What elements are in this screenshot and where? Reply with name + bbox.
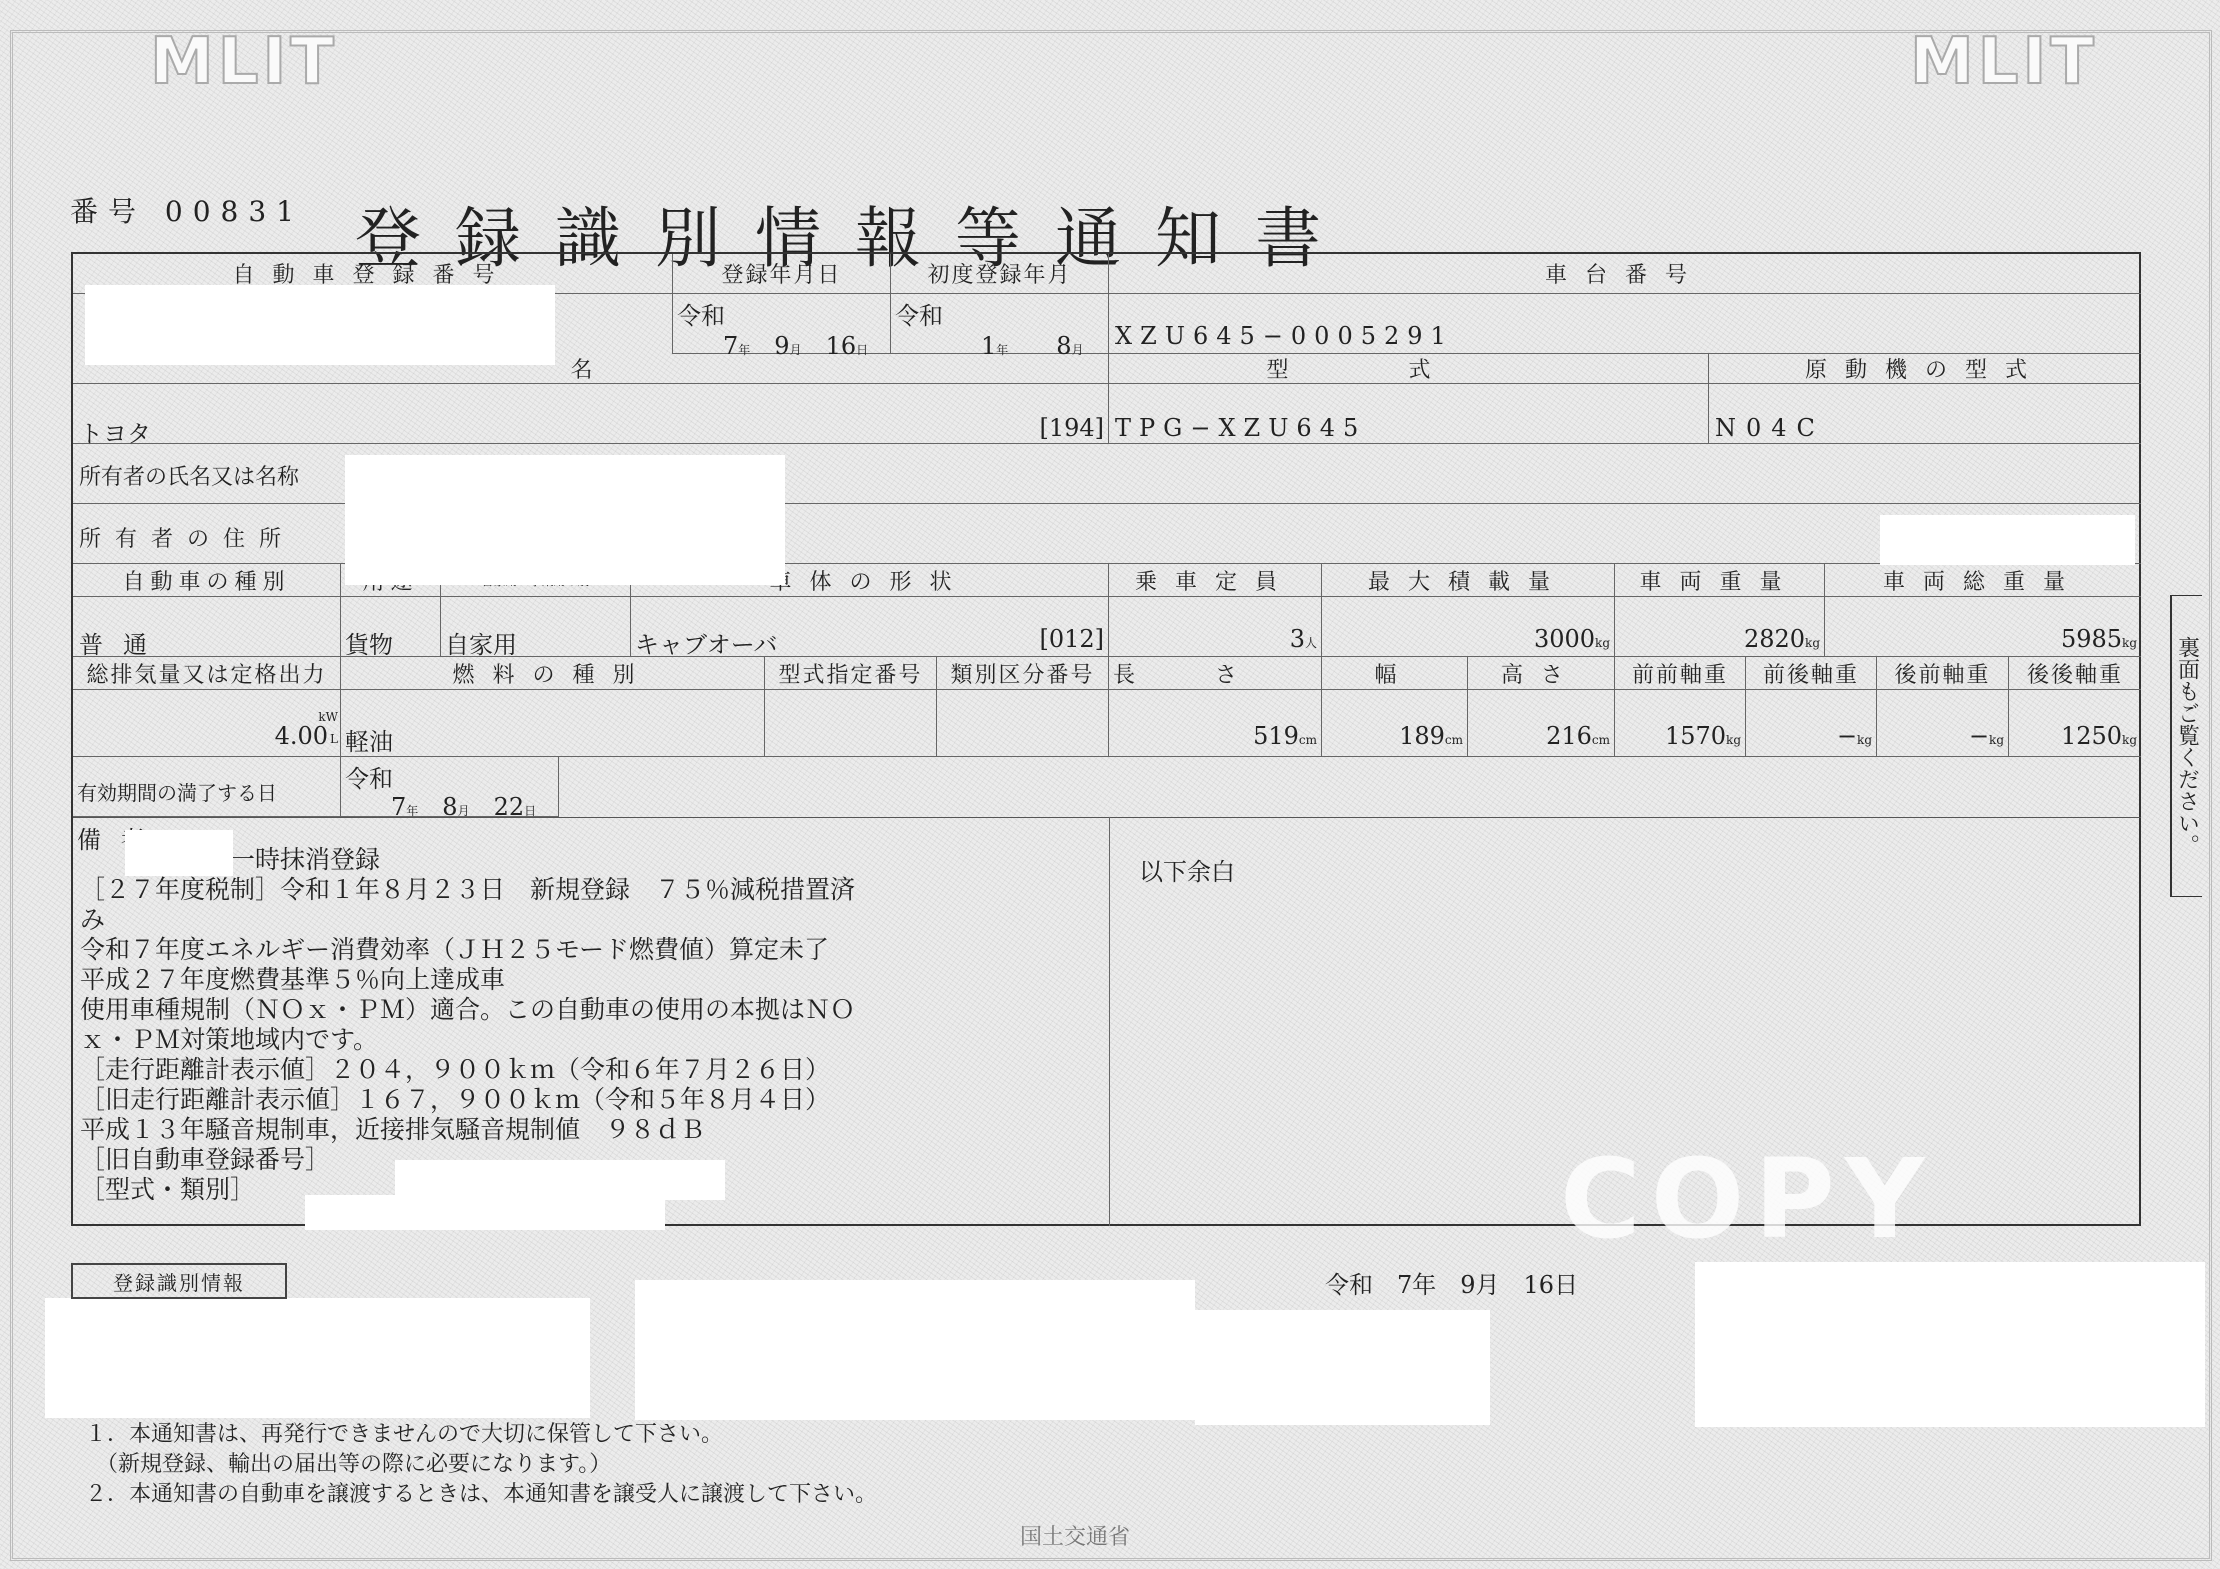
serial-number: 番号 00831 xyxy=(70,190,304,230)
expiry-date-cell: 令和 7年 8月 22日 xyxy=(341,757,559,817)
mlit-logo-right: MLIT xyxy=(1910,25,2098,99)
header-rf-axle: 後前軸重 xyxy=(1877,657,2009,690)
header-max-load: 最大積載量 xyxy=(1322,564,1615,597)
header-height: 高さ xyxy=(1468,657,1615,690)
height-cell: 216cm xyxy=(1468,690,1615,757)
note-2: ２．本通知書の自動車を譲渡するときは、本通知書を譲受人に譲渡して下さい。 xyxy=(85,1480,877,1510)
header-type-designation: 型式指定番号 xyxy=(765,657,937,690)
remark-line: 平成１３年騒音規制車，近接排気騒音規制値 ９８ｄＢ xyxy=(80,1115,855,1145)
model-value: TPG−XZU645 xyxy=(1115,414,1366,442)
header-width: 幅 xyxy=(1322,657,1468,690)
issue-date: 令和 7年 9月 16日 xyxy=(1325,1265,1578,1300)
notes: １．本通知書は、再発行できませんので大切に保管して下さい。 （新規登録、輸出の届… xyxy=(85,1420,877,1510)
rf-axle-cell: −kg xyxy=(1877,690,2009,757)
header-engine: 原動機の型式 xyxy=(1709,354,2141,384)
gross-weight-value: 5985kg xyxy=(2061,625,2137,653)
vehicle-type-cell: 普通 xyxy=(73,597,341,657)
redacted-reg-number xyxy=(85,285,555,365)
body-code: [012] xyxy=(1039,625,1104,653)
rf-axle-value: −kg xyxy=(1969,722,2004,750)
displacement-cell: 4.00 kW L xyxy=(73,690,341,757)
see-reverse-tab: 裏面もご覧ください。 xyxy=(2170,595,2202,897)
header-ff-axle: 前前軸重 xyxy=(1615,657,1746,690)
header-fuel: 燃料の種別 xyxy=(341,657,765,690)
redacted-reg-info-2 xyxy=(635,1280,1195,1420)
displacement-value: 4.00 xyxy=(275,722,328,750)
remark-line: ［走行距離計表示値］２０４，９００ｋｍ（令和６年７月２６日） xyxy=(80,1055,855,1085)
ff-axle-cell: 1570kg xyxy=(1615,690,1746,757)
remark-line: ［旧走行距離計表示値］１６７，９００ｋｍ（令和５年８月４日） xyxy=(80,1085,855,1115)
remark-line: 平成２７年度燃費基準５％向上達成車 xyxy=(80,965,855,995)
first-reg-cell: 令和 1年 8月 xyxy=(891,294,1109,354)
name-cell: トヨタ [194] xyxy=(73,384,1109,444)
capacity-cell: 3人 xyxy=(1109,597,1322,657)
rr-axle-cell: 1250kg xyxy=(2009,690,2141,757)
vehicle-weight-value: 2820kg xyxy=(1744,625,1820,653)
header-chassis: 車台番号 xyxy=(1109,254,2141,294)
header-fr-axle: 前後軸重 xyxy=(1746,657,1877,690)
model-cell: TPG−XZU645 xyxy=(1109,384,1709,444)
private-cell: 自家用 xyxy=(441,597,631,657)
ff-axle-value: 1570kg xyxy=(1665,722,1741,750)
header-vehicle-type: 自動車の種別 xyxy=(73,564,341,597)
remarks-body: ，一時抹消登録［２７年度税制］令和１年８月２３日 新規登録 ７５％減税措置済み令… xyxy=(80,845,855,1205)
body-cell: キャブオーバ [012] xyxy=(631,597,1109,657)
header-displacement: 総排気量又は定格出力 xyxy=(73,657,341,690)
remark-line: ［２７年度税制］令和１年８月２３日 新規登録 ７５％減税措置済 xyxy=(80,875,855,905)
gross-cell: 5985kg xyxy=(1825,597,2141,657)
header-class-number: 類別区分番号 xyxy=(937,657,1109,690)
expiry-label-cell: 有効期間の満了する日 xyxy=(73,757,341,817)
type-designation-cell xyxy=(765,690,937,757)
note-1: １．本通知書は、再発行できませんので大切に保管して下さい。 xyxy=(85,1420,877,1450)
remarks-right-text: 以下余白 xyxy=(1139,852,1235,887)
remark-line: み xyxy=(80,905,855,935)
header-vehicle-weight: 車両重量 xyxy=(1615,564,1825,597)
chassis-cell: XZU645−0005291 xyxy=(1109,294,2141,354)
redacted-address xyxy=(1880,515,2135,565)
weight-cell: 2820kg xyxy=(1615,597,1825,657)
max-load-cell: 3000kg xyxy=(1322,597,1615,657)
remark-line: 令和７年度エネルギー消費効率（ＪＨ２５モード燃費値）算定未了 xyxy=(80,935,855,965)
redacted-reg-info-4 xyxy=(1695,1262,2205,1427)
owner-address-label: 所有者の住所 xyxy=(79,522,295,553)
remark-line: 使用車種規制（ＮＯｘ・ＰＭ）適合。この自動車の使用の本拠はＮＯ xyxy=(80,995,855,1025)
serial-label: 番号 xyxy=(70,195,146,228)
engine-cell: N04C xyxy=(1709,384,2141,444)
note-1b: （新規登録、輸出の届出等の際に必要になります。） xyxy=(85,1450,877,1480)
height-value: 216cm xyxy=(1546,722,1610,750)
length-cell: 519cm xyxy=(1109,690,1322,757)
header-length: 長さ xyxy=(1109,657,1322,690)
header-model: 型式 xyxy=(1109,354,1709,384)
fuel-value: 軽油 xyxy=(345,722,393,757)
length-value: 519cm xyxy=(1253,722,1317,750)
header-reg-date: 登録年月日 xyxy=(673,254,891,294)
chassis-number: XZU645−0005291 xyxy=(1115,322,1454,350)
header-rr-axle: 後後軸重 xyxy=(2009,657,2141,690)
header-first-reg: 初度登録年月 xyxy=(891,254,1109,294)
name-code: [194] xyxy=(1039,414,1104,442)
engine-model: N04C xyxy=(1715,414,1825,442)
use-cell: 貨物 xyxy=(341,597,441,657)
redacted-reg-info-1 xyxy=(45,1298,590,1418)
private-value: 自家用 xyxy=(445,625,517,660)
owner-name-label: 所有者の氏名又は名称 xyxy=(79,460,299,491)
fuel-cell: 軽油 xyxy=(341,690,765,757)
remarks-column-divider xyxy=(1109,817,1110,1226)
fr-axle-value: −kg xyxy=(1837,722,1872,750)
ministry-seal: 国土交通省 xyxy=(1020,1520,1130,1551)
max-load-value: 3000kg xyxy=(1534,625,1610,653)
serial-value: 00831 xyxy=(165,195,304,228)
mlit-logo-left: MLIT xyxy=(150,25,338,99)
reg-info-label: 登録識別情報 xyxy=(71,1263,287,1299)
rr-axle-value: 1250kg xyxy=(2061,722,2137,750)
width-cell: 189cm xyxy=(1322,690,1468,757)
use-value: 貨物 xyxy=(345,625,393,660)
fr-axle-cell: −kg xyxy=(1746,690,1877,757)
copy-watermark: COPY xyxy=(1560,1135,1935,1263)
class-number-cell xyxy=(937,690,1109,757)
capacity-value: 3人 xyxy=(1290,625,1317,653)
header-capacity: 乗車定員 xyxy=(1109,564,1322,597)
redacted-type-class xyxy=(305,1195,665,1230)
redacted-remark xyxy=(125,830,233,876)
redacted-old-reg xyxy=(395,1160,725,1200)
remark-line: ｘ・ＰＭ対策地域内です。 xyxy=(80,1025,855,1055)
remarks-divider xyxy=(73,817,2141,818)
redacted-reg-info-3 xyxy=(1195,1310,1490,1425)
body-shape: キャブオーバ xyxy=(635,625,778,660)
width-value: 189cm xyxy=(1399,722,1463,750)
vehicle-type: 普通 xyxy=(79,625,167,660)
header-gross-weight: 車両総重量 xyxy=(1825,564,2141,597)
reg-date-cell: 令和 7年 9月 16日 xyxy=(673,294,891,354)
expiry-label: 有効期間の満了する日 xyxy=(77,777,277,806)
redacted-owner xyxy=(345,455,785,585)
